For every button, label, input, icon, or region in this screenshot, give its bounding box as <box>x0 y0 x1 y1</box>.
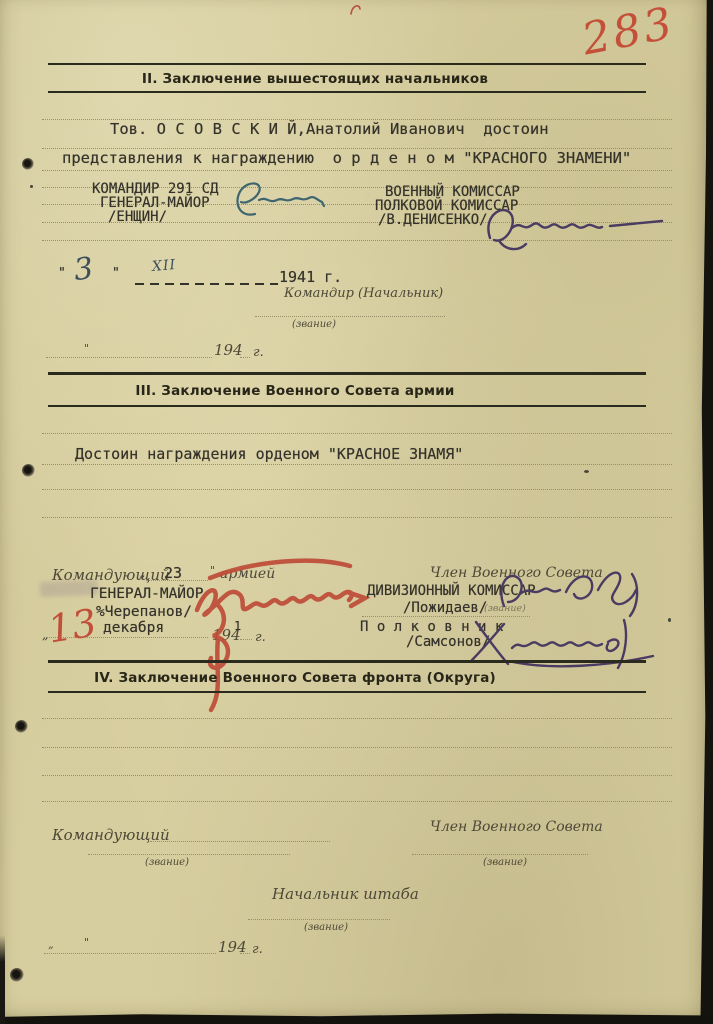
punch-hole <box>10 968 24 982</box>
form-line <box>42 464 672 465</box>
commander-name: /ЕНЩИН/ <box>108 209 167 225</box>
army-conclusion: Достоин награждения орденом "КРАСНОЕ ЗНА… <box>75 445 463 463</box>
date-blank <box>240 357 250 358</box>
quote-mark: " <box>84 936 89 949</box>
punch-hole <box>22 158 34 170</box>
rank-caption: (звание) <box>145 857 189 868</box>
form-line <box>42 433 672 434</box>
rank-caption: (звание) <box>304 922 348 933</box>
quote-mark: „ <box>42 628 48 642</box>
handwritten-day-red: 13 <box>45 600 100 651</box>
section3-rule-bottom <box>48 405 646 407</box>
commander-caption: Командир (Начальник) <box>284 286 443 301</box>
form-line <box>42 775 672 776</box>
conclusion-line2: представления к награждению о р д е н о … <box>62 149 631 167</box>
section3-heading: III. Заключение Военного Совета армии <box>80 383 510 399</box>
army-number: 23 <box>164 564 182 582</box>
handwritten-month: XII <box>151 257 176 275</box>
form-line <box>42 517 672 518</box>
year-suffix: г. <box>252 942 263 957</box>
quote-mark: " <box>112 266 120 281</box>
paper-speck <box>668 618 671 622</box>
quote-mark: " <box>84 342 89 355</box>
section2-rule-top <box>48 63 646 65</box>
section4-heading: IV. Заключение Военного Совета фронта (О… <box>80 670 510 686</box>
section4-rule-bottom <box>48 691 646 693</box>
quote-mark: „ <box>139 566 145 580</box>
date-blank <box>44 953 216 954</box>
rank-caption: (звание) <box>292 319 336 330</box>
scanned-award-document: 283 II. Заключение вышестоящих начальник… <box>0 0 713 1024</box>
samsonov-signature <box>458 614 678 674</box>
year-blank-label: 194 <box>214 341 243 359</box>
quote-mark: „ <box>48 938 54 951</box>
section2-rule-bottom <box>48 91 646 93</box>
handwritten-day: 3 <box>72 251 95 288</box>
date-blank <box>46 637 208 638</box>
denisenko-signature <box>470 198 670 260</box>
rank-caption: (звание) <box>483 857 527 868</box>
rank-blank <box>412 854 588 855</box>
year-suffix: г. <box>253 345 264 360</box>
army-commander-name: %Черепанов/ <box>96 604 192 620</box>
date-blank <box>46 357 212 358</box>
ink-speck <box>348 1 364 17</box>
form-line <box>42 801 672 802</box>
conclusion-line1: Тов. О С О В С К И Й,Анатолий Иванович д… <box>110 120 549 138</box>
scan-edge-bottom <box>0 1011 713 1024</box>
front-member-caption: Член Военного Совета <box>430 819 603 835</box>
dashed-blank <box>135 283 278 285</box>
form-line <box>42 170 672 171</box>
rank-blank <box>255 316 445 317</box>
typed-year: 1941 г. <box>279 268 342 286</box>
rank-blank <box>88 854 290 855</box>
quote-mark: " <box>58 266 66 281</box>
scan-edge-left-bottom <box>0 935 5 1024</box>
page-number: 283 <box>578 0 679 65</box>
form-line <box>42 718 672 719</box>
scan-edge-right <box>699 0 713 1024</box>
paper-speck <box>584 470 589 473</box>
chief-of-staff-caption: Начальник штаба <box>272 885 419 903</box>
form-line <box>42 747 672 748</box>
month-typed: декабря <box>103 620 164 636</box>
enshchin-signature <box>225 176 325 224</box>
name-blank <box>150 841 330 842</box>
rank-blank <box>248 919 390 920</box>
form-line <box>42 489 672 490</box>
paper-speck <box>30 185 33 188</box>
date-blank <box>240 953 250 954</box>
section3-rule-top <box>48 372 646 375</box>
section2-heading: II. Заключение вышестоящих начальников <box>100 71 530 87</box>
punch-hole <box>15 720 28 733</box>
section4-rule-top <box>48 660 646 663</box>
punch-hole <box>22 464 35 477</box>
